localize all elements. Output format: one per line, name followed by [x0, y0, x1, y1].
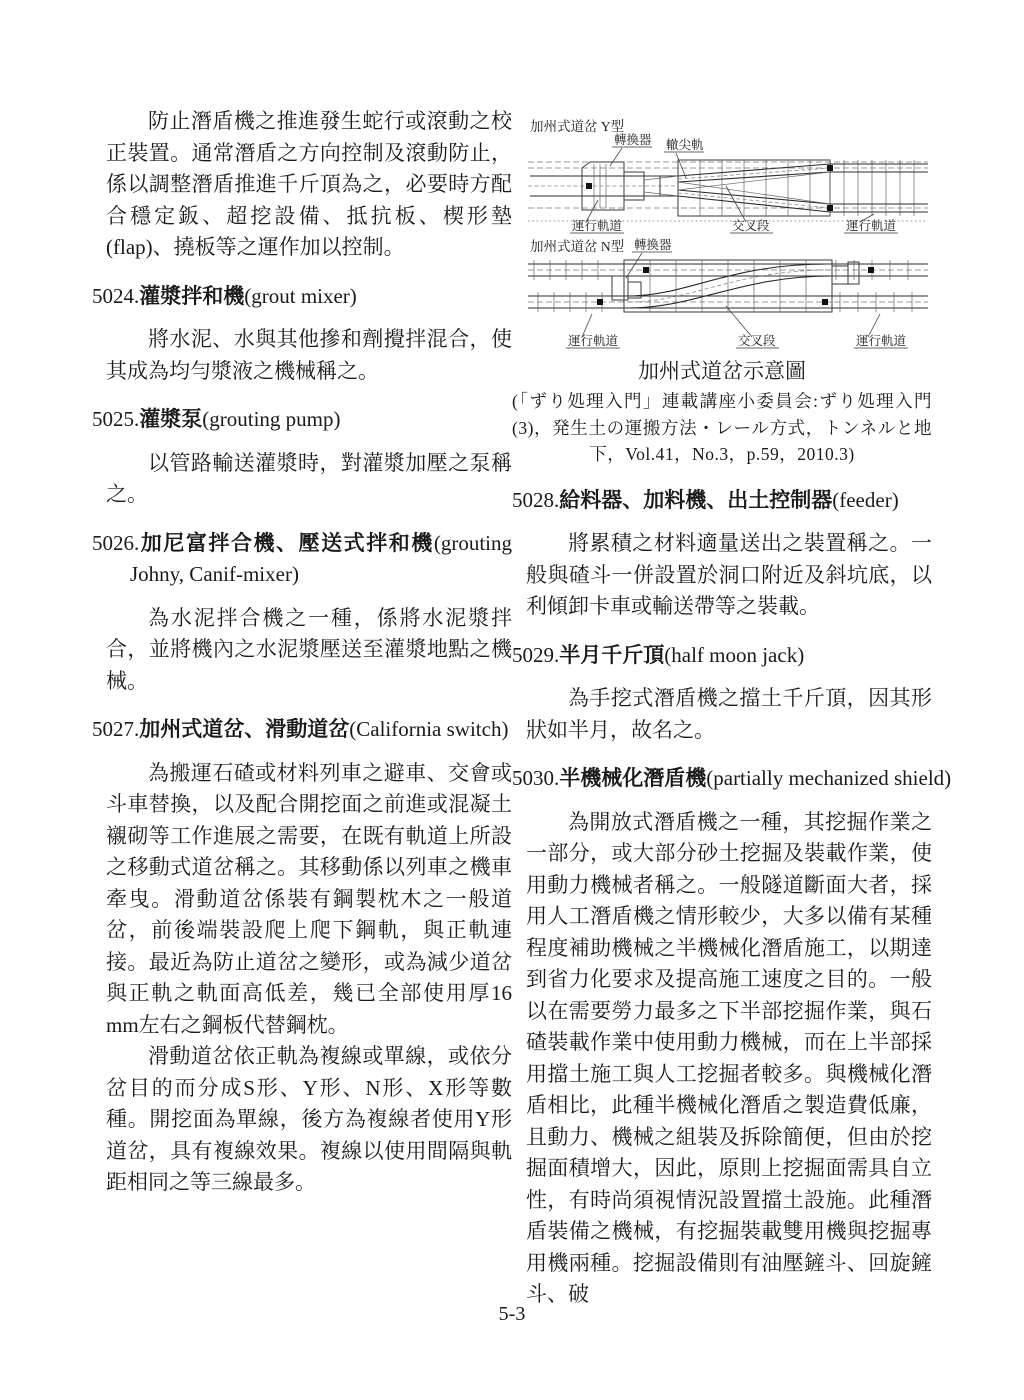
label-leader: [610, 148, 622, 166]
entry-5025: 5025.灌漿泵(grouting pump) 以管路輸送灌漿時，對灌漿加壓之泵…: [92, 404, 512, 511]
entry-term: 半月千斤頂: [559, 643, 664, 667]
entry-term: 加尼富拌合機、壓送式拌和機: [139, 531, 434, 555]
left-column: 防止潛盾機之推進發生蛇行或滾動之校正裝置。通常潛盾之方向控制及滾動防止，係以調整…: [92, 106, 512, 1311]
running-track-label: 運行軌道: [856, 333, 907, 348]
running-track-label: 運行軌道: [568, 333, 619, 348]
entry-heading: 5028.給料器、加料機、出土控制器(feeder): [512, 485, 932, 517]
entry-5024: 5024.灌漿拌和機(grout mixer) 將水泥、水與其他摻和劑攪拌混合，…: [92, 281, 512, 388]
converter-label: 轉換器: [634, 237, 672, 252]
two-column-layout: 防止潛盾機之推進發生蛇行或滾動之校正裝置。通常潛盾之方向控制及滾動防止，係以調整…: [0, 0, 1024, 1311]
entry-paragraph: 將累積之材料適量送出之裝置稱之。一般與碴斗一併設置於洞口附近及斜坑底，以利傾卸卡…: [526, 528, 932, 623]
figure-citation: (「ずり処理入門」連載講座小委員会:ずり処理入門(3)，発生土の運搬方法・レール…: [512, 388, 932, 468]
entry-term: 加州式道岔、滑動道岔: [139, 717, 349, 741]
point-rail-label: 轍尖軌: [666, 137, 704, 152]
entry-term: 半機械化潛盾機: [559, 766, 706, 790]
diagram-y-title: 加州式道岔 Y型: [530, 118, 624, 134]
entry-number: 5029.: [512, 643, 559, 667]
point-rail-line: [644, 192, 678, 196]
entry-english: (California switch): [349, 717, 508, 741]
entry-number: 5024.: [92, 284, 139, 308]
entry-english: (grouting pump): [202, 407, 340, 431]
s-curve-rail: [628, 276, 832, 308]
marker-square: [868, 267, 874, 273]
diagram-n-type: 加州式道岔 N型 轉換器: [528, 237, 928, 348]
point-rail-line: [644, 176, 678, 180]
entry-paragraph: 為手挖式潛盾機之擋土千斤頂，因其形狀如半月，故名之。: [526, 683, 932, 746]
converter-label: 轉換器: [614, 132, 652, 147]
converter-box: [848, 262, 859, 284]
entry-heading: 5024.灌漿拌和機(grout mixer): [92, 281, 512, 313]
right-column: 加州式道岔 Y型: [512, 106, 932, 1311]
entry-heading: 5030.半機械化潛盾機(partially mechanized shield…: [512, 763, 932, 795]
entry-paragraph: 滑動道岔依正軌為複線或單線，或依分岔目的而分成S形、Y形、N形、X形等數種。開挖…: [106, 1041, 512, 1199]
entry-english: (feeder): [832, 488, 898, 512]
marker-square: [827, 205, 833, 211]
marker-square: [586, 183, 592, 189]
entry-number: 5028.: [512, 488, 559, 512]
document-page: 防止潛盾機之推進發生蛇行或滾動之校正裝置。通常潛盾之方向控制及滾動防止，係以調整…: [0, 0, 1024, 1400]
entry-5029: 5029.半月千斤頂(half moon jack) 為手挖式潛盾機之擋土千斤頂…: [512, 640, 932, 747]
entry-5030: 5030.半機械化潛盾機(partially mechanized shield…: [512, 763, 932, 1311]
marker-square: [822, 299, 828, 305]
figure-caption: 加州式道岔示意圖: [512, 356, 932, 386]
entry-term: 給料器、加料機、出土控制器: [559, 488, 832, 512]
railway-switch-diagram: 加州式道岔 Y型: [528, 118, 928, 350]
entry-paragraph: 為開放式潛盾機之一種，其挖掘作業之一部分，或大部分砂土挖掘及裝載作業，使用動力機…: [526, 807, 932, 1311]
entry-number: 5025.: [92, 407, 139, 431]
marker-square: [827, 165, 833, 171]
diverging-rail: [678, 196, 830, 212]
s-curve-centerline: [628, 270, 830, 302]
entry-number: 5027.: [92, 717, 139, 741]
entry-term: 灌漿拌和機: [139, 284, 244, 308]
entry-5027: 5027.加州式道岔、滑動道岔(California switch) 為搬運石碴…: [92, 714, 512, 1199]
converter-box: [832, 266, 848, 284]
marker-square: [597, 299, 603, 305]
entry-english: (half moon jack): [664, 643, 804, 667]
entry-heading: 5027.加州式道岔、滑動道岔(California switch): [92, 714, 512, 746]
entry-paragraph: 以管路輸送灌漿時，對灌漿加壓之泵稱之。: [106, 448, 512, 511]
diagram-n-title: 加州式道岔 N型: [530, 238, 624, 254]
california-switch-figure: 加州式道岔 Y型: [512, 106, 932, 468]
running-track-label: 運行軌道: [572, 218, 623, 233]
entry-heading: 5025.灌漿泵(grouting pump): [92, 404, 512, 436]
diverging-rail: [678, 190, 830, 204]
entry-english: (grout mixer): [244, 284, 357, 308]
label-leader: [726, 306, 752, 337]
entry-english: (partially mechanized shield): [706, 766, 951, 790]
entry-number: 5030.: [512, 766, 559, 790]
intro-paragraph: 防止潛盾機之推進發生蛇行或滾動之校正裝置。通常潛盾之方向控制及滾動防止，係以調整…: [106, 106, 512, 264]
crossing-rail: [678, 182, 830, 204]
running-track-label: 運行軌道: [846, 218, 897, 233]
diagram-y-type: 加州式道岔 Y型: [528, 118, 928, 233]
entry-5026: 5026.加尼富拌合機、壓送式拌和機(grouting Johny, Canif…: [92, 528, 512, 698]
entry-paragraph: 為水泥拌合機之一種，係將水泥漿拌合，並將機內之水泥漿壓送至灌漿地點之機械。: [106, 603, 512, 698]
crossing-label: 交叉段: [738, 334, 776, 348]
crossing-label: 交叉段: [732, 219, 770, 233]
entry-paragraph: 為搬運石碴或材料列車之避車、交會或斗車替換，以及配合開挖面之前進或混凝土襯砌等工…: [106, 758, 512, 1042]
entry-5028: 5028.給料器、加料機、出土控制器(feeder) 將累積之材料適量送出之裝置…: [512, 485, 932, 623]
entry-paragraph: 將水泥、水與其他摻和劑攪拌混合，使其成為均勻漿液之機械稱之。: [106, 324, 512, 387]
entry-term: 灌漿泵: [139, 407, 202, 431]
marker-square: [643, 267, 649, 273]
entry-heading: 5026.加尼富拌合機、壓送式拌和機(grouting Johny, Canif…: [92, 528, 512, 591]
entry-heading: 5029.半月千斤頂(half moon jack): [512, 640, 932, 672]
entry-number: 5026.: [92, 531, 139, 555]
page-number: 5-3: [0, 1303, 1024, 1326]
diverging-rail: [678, 164, 830, 176]
label-leader: [626, 253, 642, 278]
